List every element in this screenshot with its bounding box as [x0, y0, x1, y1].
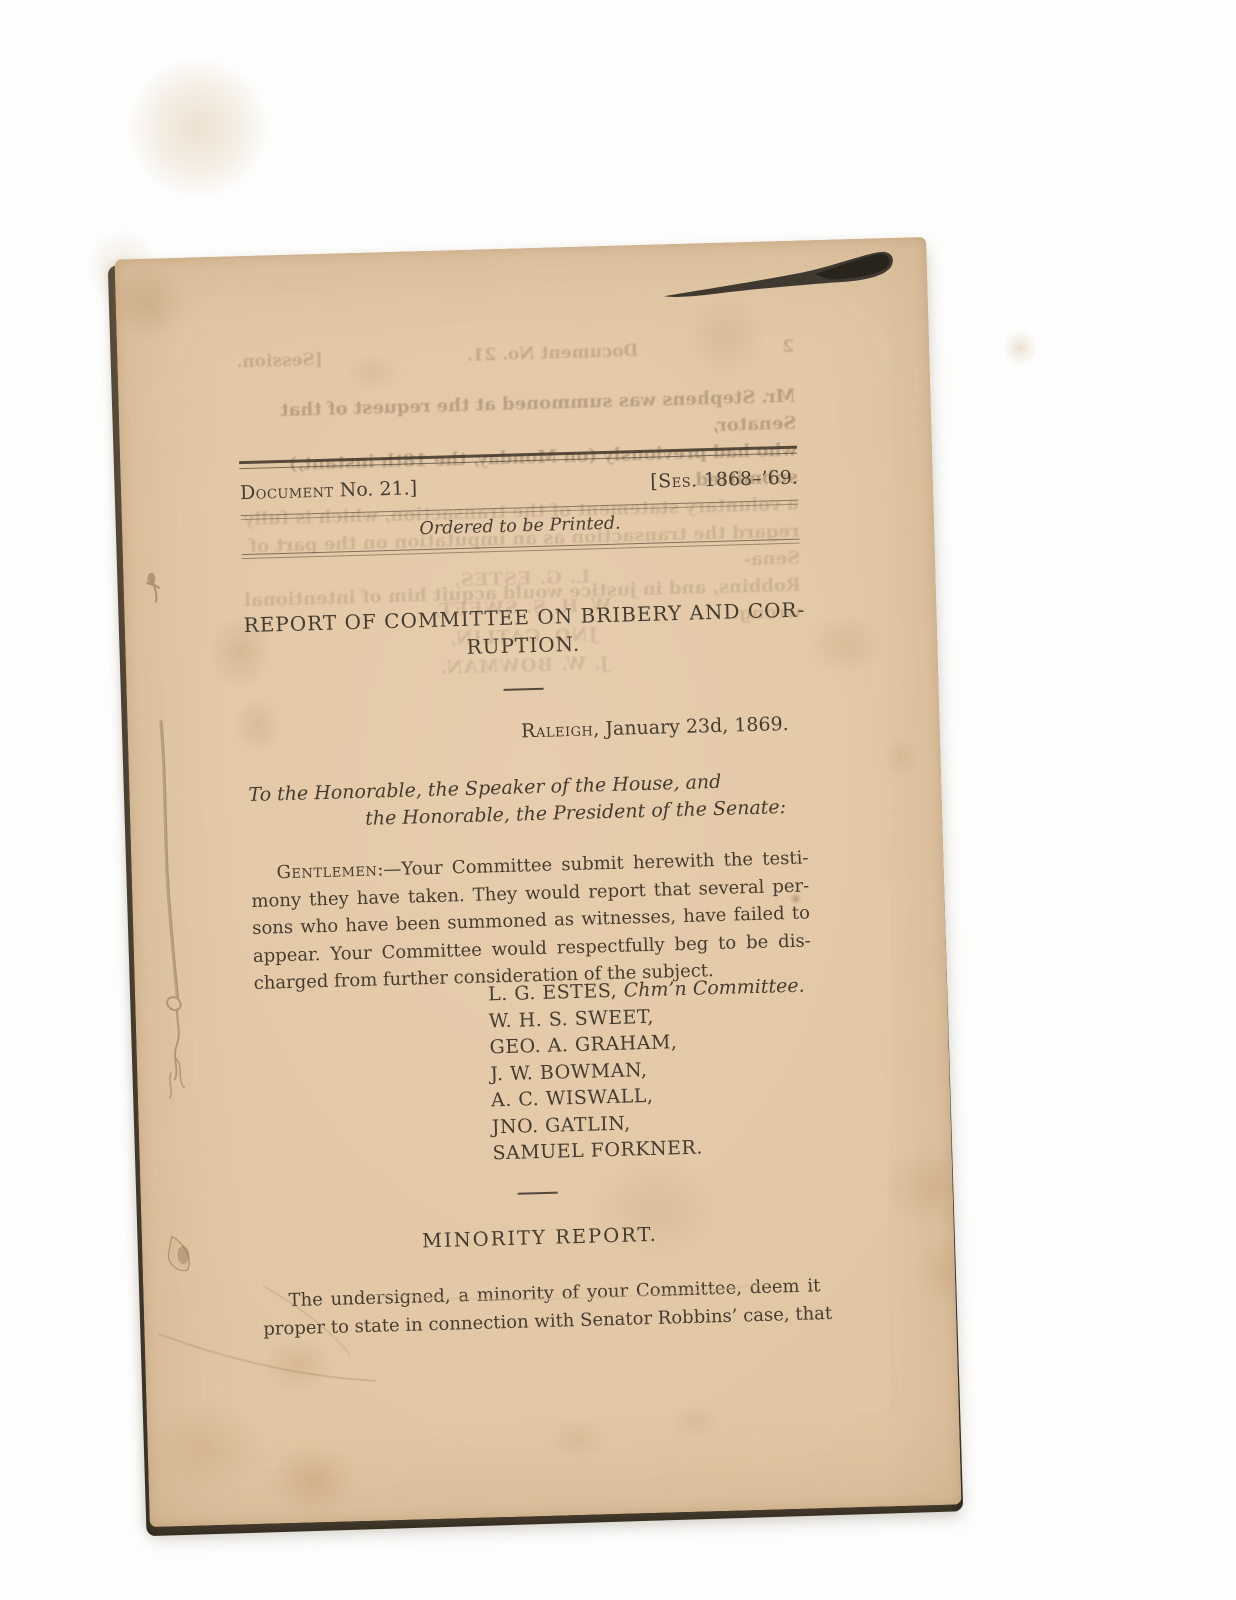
session-value: 1868–’69. — [697, 467, 798, 492]
minority-report-heading: MINORITY REPORT. — [261, 1218, 819, 1257]
dateline-place: Raleigh — [521, 718, 594, 742]
sewing-hole-top — [147, 573, 155, 585]
header-rule-top — [239, 446, 797, 470]
thread-knot — [167, 997, 183, 1080]
ink-smear — [663, 252, 894, 298]
dateline: Raleigh, January 23d, 1869. — [247, 712, 805, 750]
signature-role: Chm’n Committee. — [623, 975, 805, 1002]
bleedthrough-line: Mr. Stephens was summoned at the request… — [237, 383, 796, 453]
binding-thread — [160, 720, 177, 998]
bleedthrough-header: 2 Document No. 21. [Session. — [236, 337, 794, 373]
bleedthrough-line: L. G. ESTES, — [242, 557, 801, 602]
document-number: Document No. 21.] — [240, 477, 418, 504]
binding-thread-shade — [162, 720, 179, 998]
scanner-stain — [1000, 330, 1040, 366]
report-title: REPORT OF COMMITTEE ON BRIBERY AND COR- … — [243, 596, 802, 668]
dateline-date: , January 23d, 1869. — [593, 713, 789, 740]
section-divider — [504, 688, 544, 691]
session-number: [Ses. 1868–’69. — [650, 467, 798, 493]
signature-name: L. G. ESTES, — [488, 980, 624, 1006]
bleedthrough-session: [Session. — [236, 350, 323, 372]
address-block: To the Honorable, the Speaker of the Hou… — [248, 766, 807, 836]
sewing-hole-bottom — [177, 1246, 189, 1264]
salutation-label: Gentlemen — [276, 859, 377, 883]
signature-list: L. G. ESTES, Chm’n Committee. W. H. S. S… — [488, 973, 810, 1167]
pamphlet-page: 2 Document No. 21. [Session. Mr. Stephen… — [114, 237, 961, 1527]
scanner-stain — [128, 58, 268, 198]
bleedthrough-page-number: 2 — [782, 337, 794, 357]
thread-tuft — [146, 576, 160, 602]
session-label: [Ses. — [650, 469, 698, 492]
minority-report-paragraph: The undersigned, a minority of your Comm… — [262, 1272, 821, 1344]
document-number-label: Document — [240, 480, 334, 505]
ink-smear-core — [815, 254, 890, 280]
bleedthrough-running-title: Document No. 21. — [466, 341, 638, 366]
document-number-value: No. 21.] — [333, 477, 417, 501]
paper-crease-hole — [168, 1236, 190, 1271]
header-row: Document No. 21.] [Ses. 1868–’69. — [240, 467, 798, 505]
thread-fray — [169, 1058, 185, 1098]
section-divider — [518, 1192, 558, 1195]
